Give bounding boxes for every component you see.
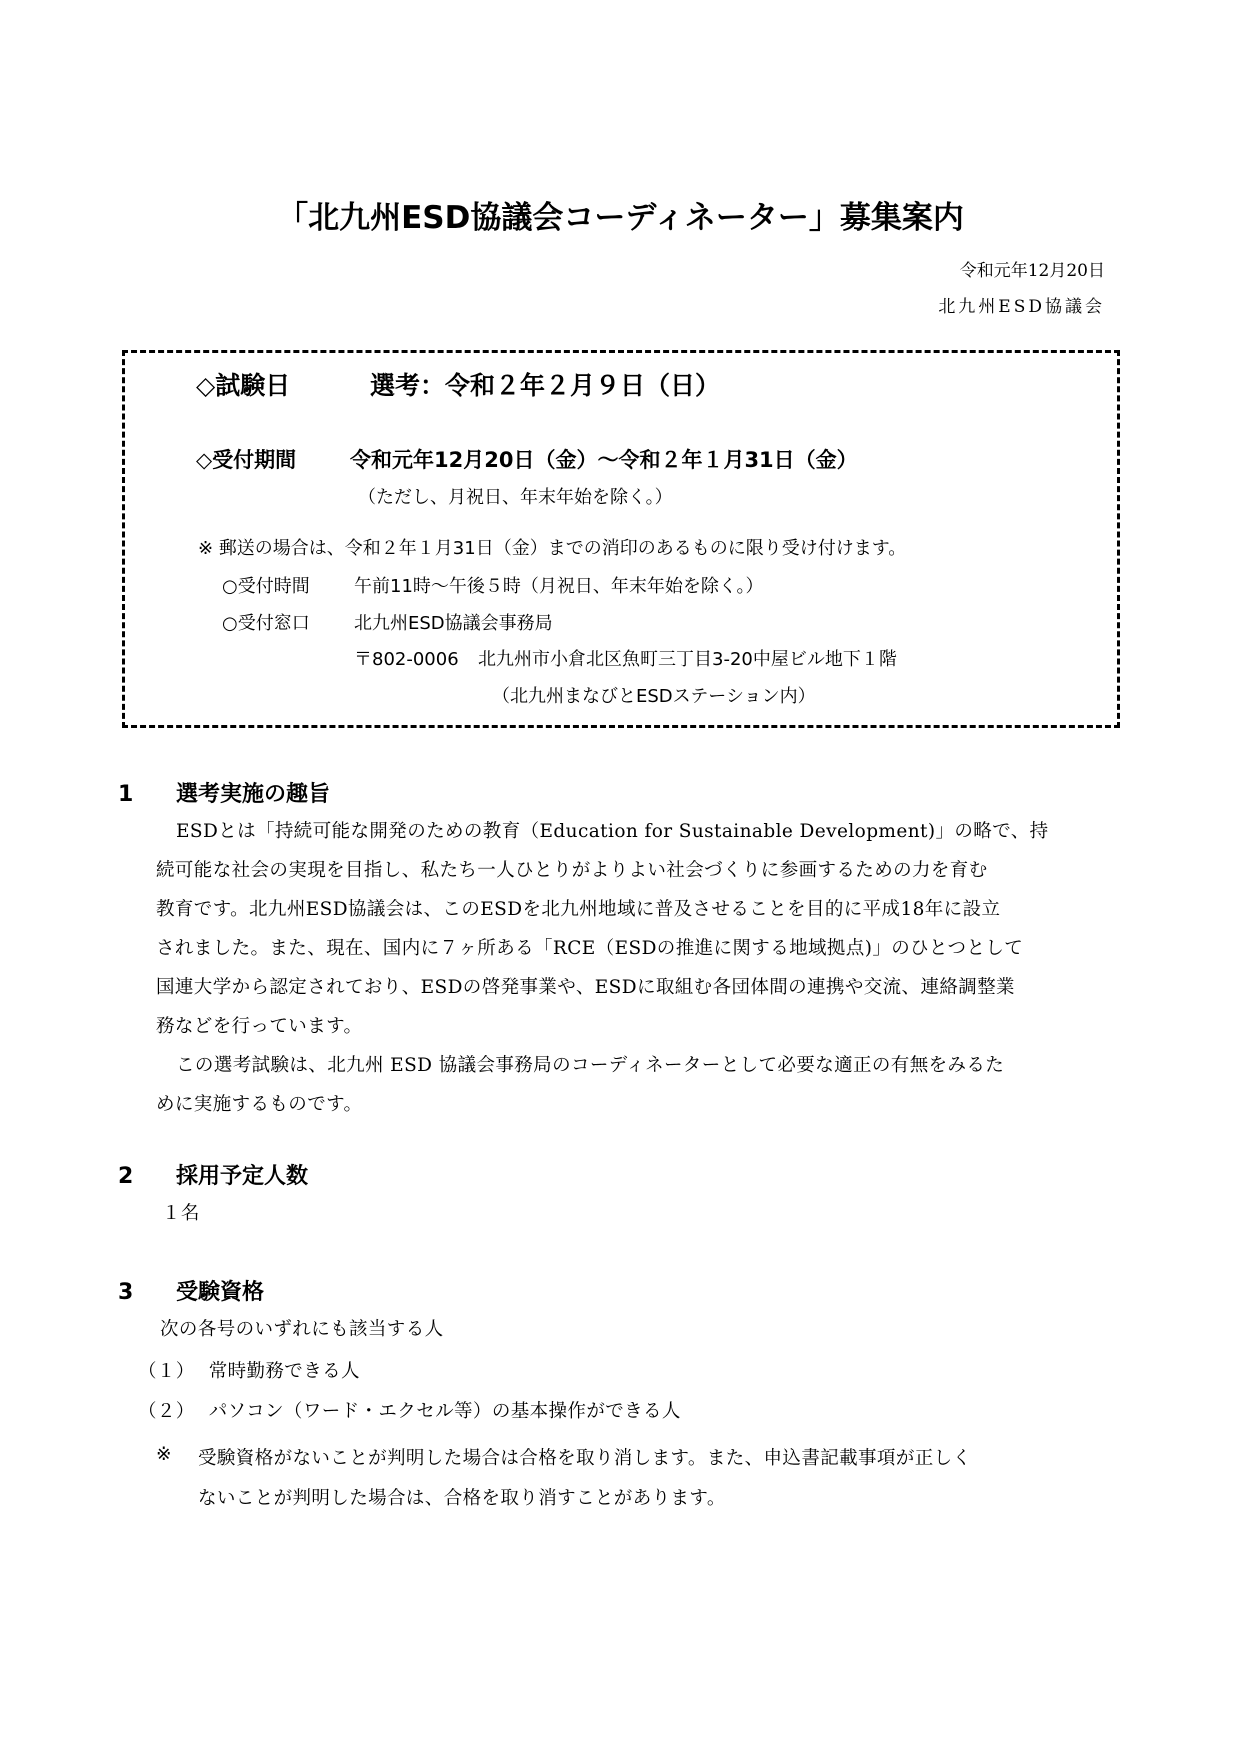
address: 北九州市小倉北区魚町三丁目3-20中屋ビル地下１階 [478, 645, 897, 671]
item-text: 常時勤務できる人 [209, 1361, 360, 1382]
note-marker: ※ [156, 1444, 172, 1465]
item-marker: （１） [138, 1361, 195, 1382]
paragraph-line: 国連大学から認定されており、ESDの啓発事業や、ESDに取組む各団体間の連携や交… [156, 973, 1015, 999]
eligibility-item-1: （１）常時勤務できる人 [138, 1357, 360, 1383]
reception-hours-value: 午前11時～午後５時（月祝日、年末年始を除く。） [354, 572, 764, 598]
address-note: （北九州まなびとESDステーション内） [492, 682, 816, 708]
note-line: ないことが判明した場合は、合格を取り消すことがあります。 [198, 1484, 726, 1510]
eligibility-item-2: （２）パソコン（ワード・エクセル等）の基本操作ができる人 [138, 1397, 681, 1423]
paragraph-line: この選考試験は、北九州 ESD 協議会事務局のコーディネーターとして必要な適正の… [176, 1051, 1004, 1077]
section-3-heading: 3受験資格 [118, 1275, 264, 1306]
issue-date: 令和元年12月20日 [960, 256, 1105, 281]
reception-window-label: ○受付窓口 [222, 609, 310, 635]
reception-window-value: 北九州ESD協議会事務局 [354, 609, 553, 635]
paragraph-line: めに実施するものです。 [156, 1090, 362, 1116]
section-2-heading: 2採用予定人数 [118, 1159, 308, 1190]
section-number: 3 [118, 1280, 176, 1305]
section-title: 採用予定人数 [176, 1164, 308, 1189]
reception-hours-label: ○受付時間 [222, 572, 310, 598]
hiring-count: １名 [162, 1199, 200, 1225]
paragraph-line: 教育です。北九州ESD協議会は、このESDを北九州地域に普及させることを目的に平… [156, 895, 1000, 921]
paragraph-line: 続可能な社会の実現を目指し、私たち一人ひとりがよりよい社会づくりに参画するための… [156, 856, 988, 882]
mail-note: ※ 郵送の場合は、令和２年１月31日（金）までの消印のあるものに限り受け付けます… [198, 534, 906, 560]
issuer-name: 北九州ESD協議会 [938, 292, 1105, 317]
document-title: 「北九州ESD協議会コーディネーター」募集案内 [0, 192, 1241, 237]
section-title: 選考実施の趣旨 [176, 782, 330, 807]
eligibility-intro: 次の各号のいずれにも該当する人 [160, 1315, 444, 1341]
reception-period-note: （ただし、月祝日、年末年始を除く。） [358, 483, 673, 509]
reception-period-value: 令和元年12月20日（金）～令和２年１月31日（金） [350, 444, 858, 474]
item-marker: （２） [138, 1401, 195, 1422]
section-1-heading: 1選考実施の趣旨 [118, 777, 330, 808]
paragraph-line: ESDとは「持続可能な開発のための教育（Education for Sustai… [176, 817, 1049, 843]
item-text: パソコン（ワード・エクセル等）の基本操作ができる人 [209, 1401, 681, 1422]
exam-date-label: ◇試験日 [196, 366, 290, 402]
exam-date-value: 選考：令和２年２月９日（日） [370, 366, 720, 402]
note-line: 受験資格がないことが判明した場合は合格を取り消します。また、申込書記載事項が正し… [198, 1444, 971, 1470]
section-number: 1 [118, 782, 176, 807]
section-title: 受験資格 [176, 1280, 264, 1305]
paragraph-line: されました。また、現在、国内に７ヶ所ある「RCE（ESDの推進に関する地域拠点)… [156, 934, 1023, 960]
section-number: 2 [118, 1164, 176, 1189]
postal-code: 〒802-0006 [354, 645, 459, 671]
reception-period-label: ◇受付期間 [196, 444, 296, 474]
paragraph-line: 務などを行っています。 [156, 1012, 362, 1038]
